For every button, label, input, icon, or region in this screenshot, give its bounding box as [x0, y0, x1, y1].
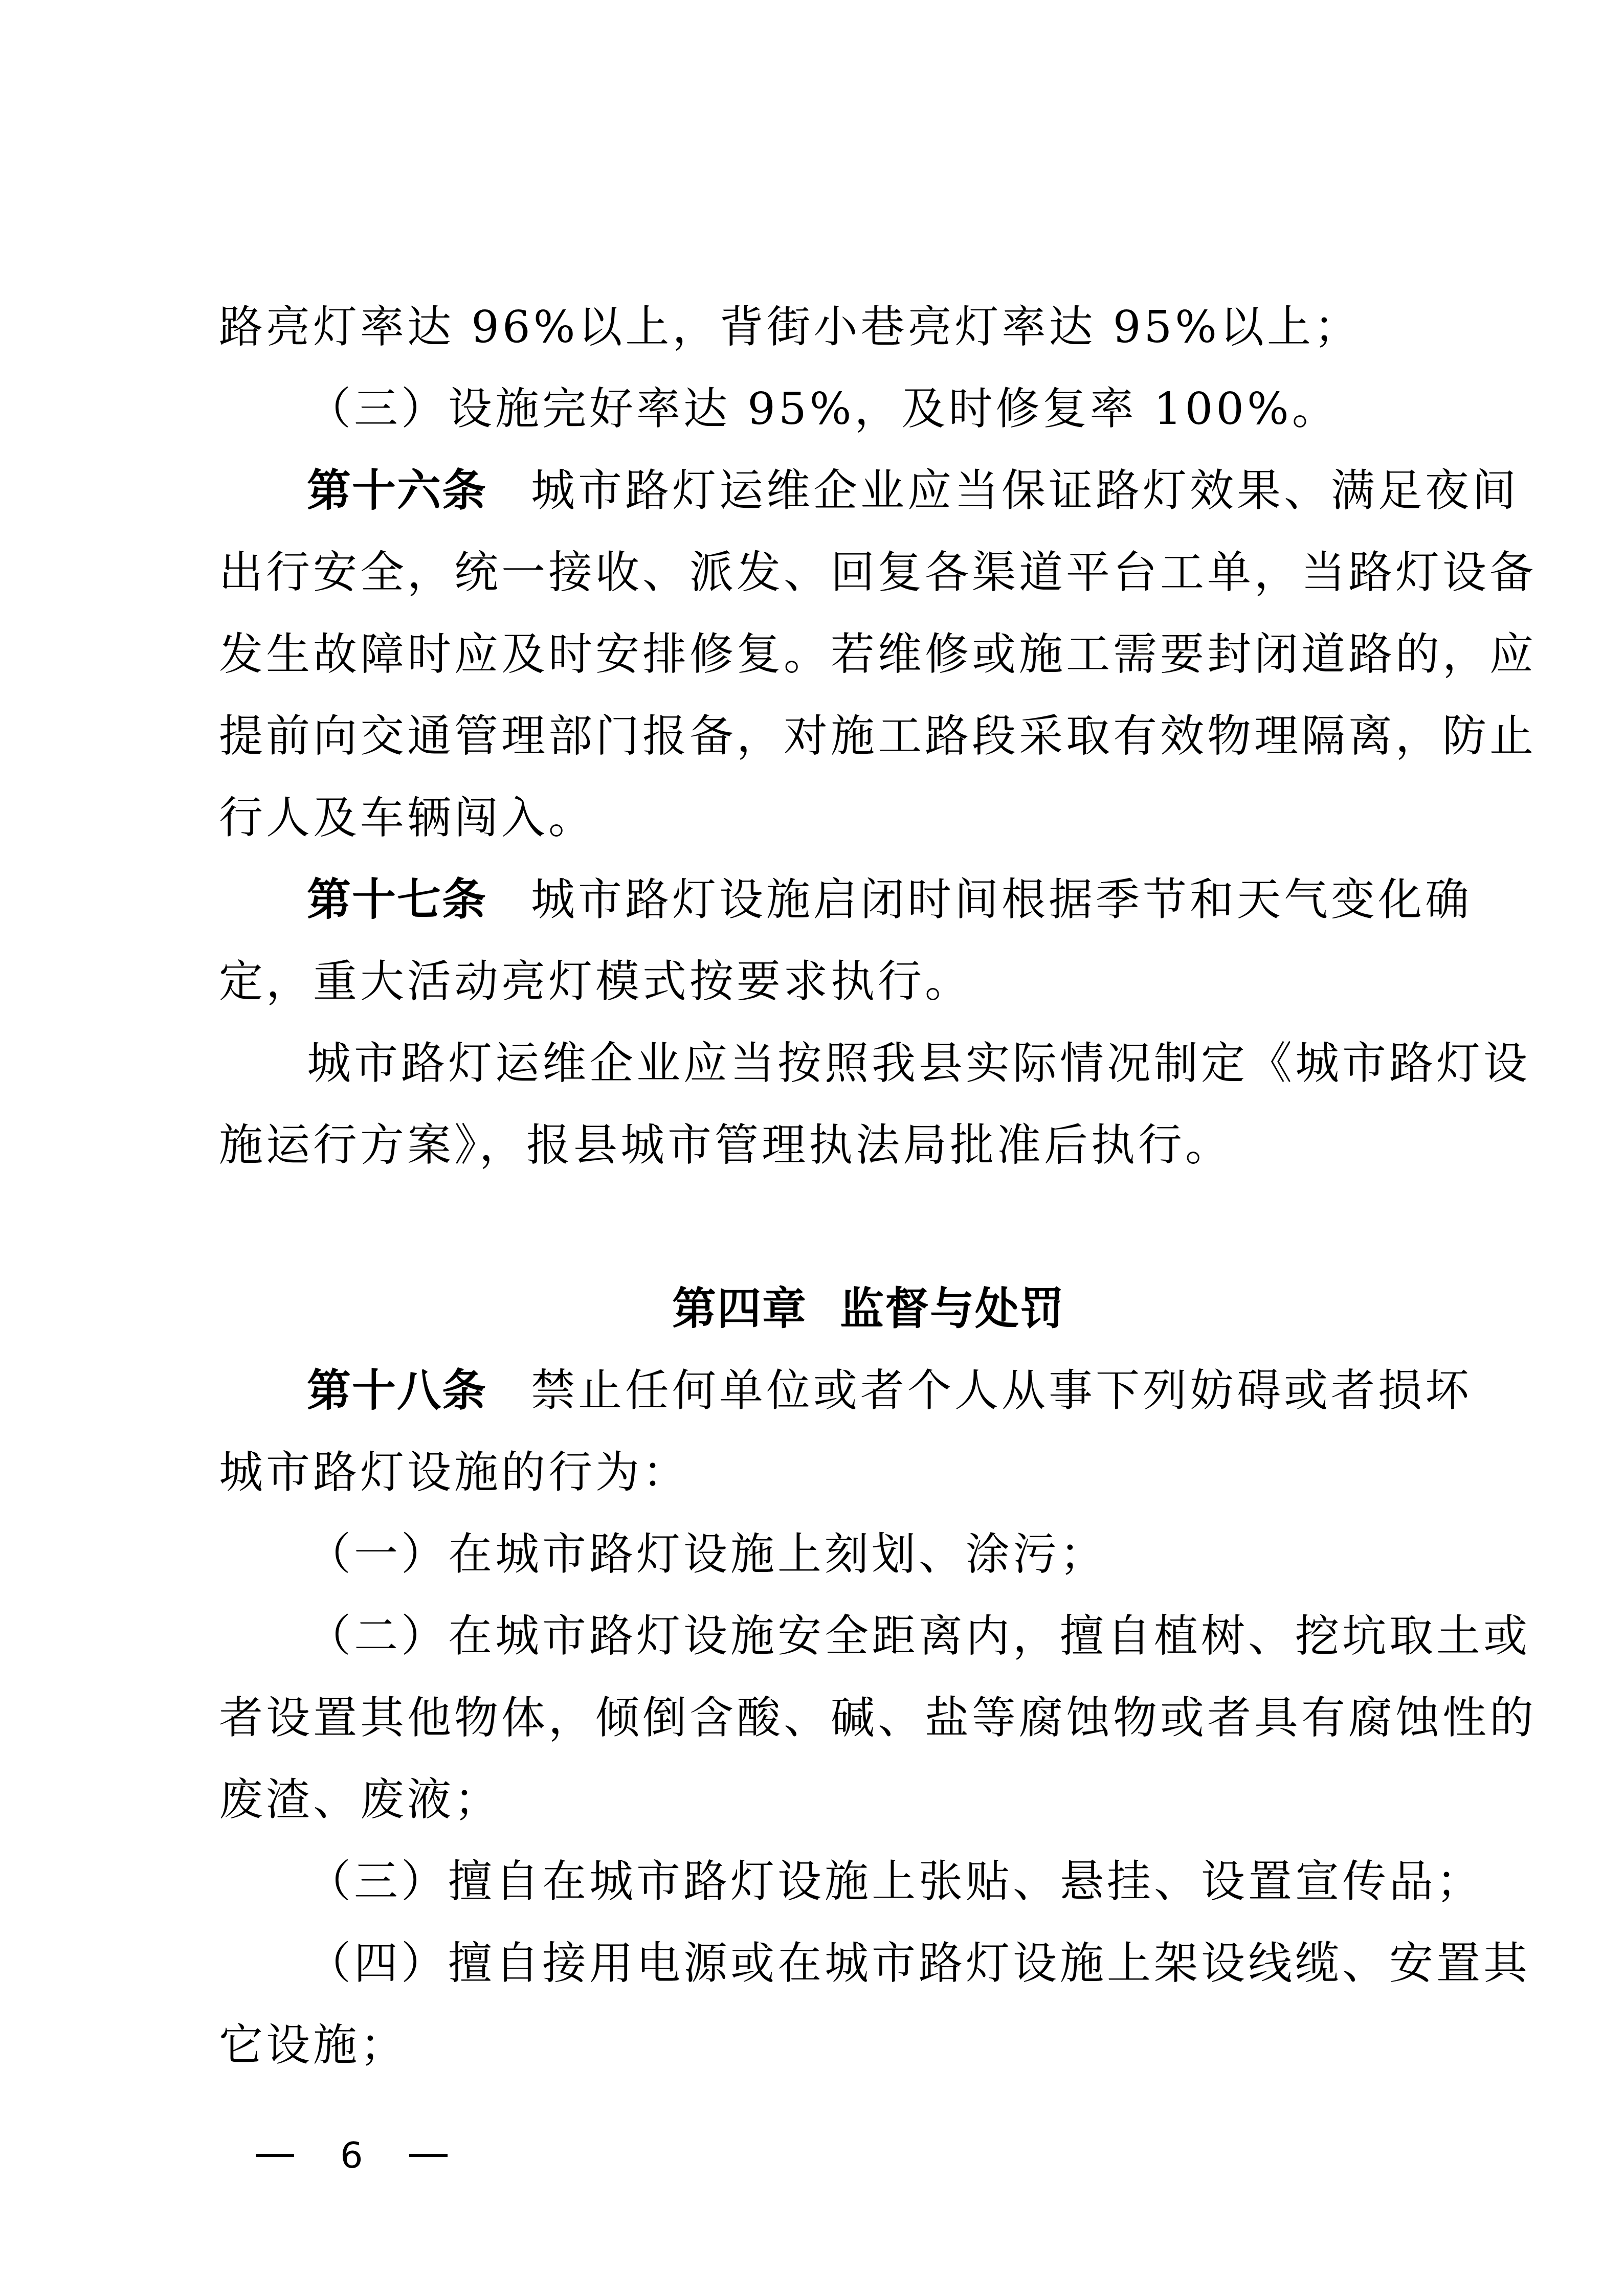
list-item: （四）擅自接用电源或在城市路灯设施上架设线缆、安置其 [219, 1935, 1426, 1992]
text-line: 它设施； [219, 2017, 1426, 2074]
dash-right [409, 2154, 448, 2157]
list-item: （二）在城市路灯设施安全距离内，擅自植树、挖坑取土或 [219, 1608, 1426, 1664]
line-text: 城市路灯运维企业应当按照我县实际情况制定《城市路灯设 [307, 1038, 1530, 1089]
article-label: 第十七条 [307, 874, 487, 926]
line-text: 城市路灯设施的行为： [219, 1447, 689, 1498]
line-text: 城市路灯设施启闭时间根据季节和天气变化确 [531, 874, 1472, 926]
text-line: （三）设施完好率达 95%，及时修复率 100%。 [219, 381, 1426, 437]
list-item: （三）擅自在城市路灯设施上张贴、悬挂、设置宣传品； [219, 1854, 1426, 1910]
text-line: 出行安全，统一接收、派发、回复各渠道平台工单，当路灯设备 [219, 545, 1426, 601]
article-18-line: 第十八条禁止任何单位或者个人从事下列妨碍或者损坏 [219, 1363, 1426, 1419]
page-number-footer: 6 [256, 2130, 448, 2181]
line-text: 城市路灯运维企业应当保证路灯效果、满足夜间 [531, 465, 1519, 516]
article-label: 第十八条 [307, 1365, 487, 1416]
dash-left [256, 2154, 294, 2157]
chapter-heading: 第四章 监督与处罚 [219, 1281, 1518, 1337]
text-line: 路亮灯率达 96%以上，背街小巷亮灯率达 95%以上； [219, 299, 1426, 355]
line-text: 路亮灯率达 96%以上，背街小巷亮灯率达 95%以上； [219, 302, 1361, 353]
line-text: （三）设施完好率达 95%，及时修复率 100%。 [307, 384, 1339, 435]
line-text: （一）在城市路灯设施上刻划、涂污； [307, 1529, 1107, 1580]
line-text: 出行安全，统一接收、派发、回复各渠道平台工单，当路灯设备 [219, 547, 1537, 598]
text-line: 城市路灯设施的行为： [219, 1445, 1426, 1501]
line-text: （二）在城市路灯设施安全距离内，擅自植树、挖坑取土或 [307, 1611, 1530, 1662]
text-line: 施运行方案》，报县城市管理执法局批准后执行。 [219, 1117, 1426, 1174]
line-text: 施运行方案》，报县城市管理执法局批准后执行。 [219, 1120, 1232, 1171]
article-17-line: 第十七条城市路灯设施启闭时间根据季节和天气变化确 [219, 872, 1426, 928]
line-text: 者设置其他物体，倾倒含酸、碱、盐等腐蚀物或者具有腐蚀性的 [219, 1693, 1537, 1744]
line-text: 废渣、废液； [219, 1774, 501, 1826]
line-text: 它设施； [219, 2020, 407, 2071]
text-line: 行人及车辆闯入。 [219, 790, 1426, 846]
text-line: 提前向交通管理部门报备，对施工路段采取有效物理隔离，防止 [219, 708, 1426, 764]
line-text: 发生故障时应及时安排修复。若维修或施工需要封闭道路的，应 [219, 629, 1537, 680]
line-text: （三）擅自在城市路灯设施上张贴、悬挂、设置宣传品； [307, 1856, 1483, 1907]
article-16-line: 第十六条城市路灯运维企业应当保证路灯效果、满足夜间 [219, 463, 1426, 519]
page-number: 6 [340, 2130, 363, 2181]
line-text: 禁止任何单位或者个人从事下列妨碍或者损坏 [531, 1365, 1472, 1416]
line-text: 定，重大活动亮灯模式按要求执行。 [219, 956, 972, 1007]
document-page: 路亮灯率达 96%以上，背街小巷亮灯率达 95%以上； （三）设施完好率达 95… [0, 0, 1624, 2296]
text-line: 定，重大活动亮灯模式按要求执行。 [219, 954, 1426, 1010]
line-text: 行人及车辆闯入。 [219, 793, 595, 844]
text-line: 发生故障时应及时安排修复。若维修或施工需要封闭道路的，应 [219, 626, 1426, 683]
line-text: （四）擅自接用电源或在城市路灯设施上架设线缆、安置其 [307, 1938, 1530, 1989]
text-line: 城市路灯运维企业应当按照我县实际情况制定《城市路灯设 [219, 1036, 1426, 1092]
text-line: 者设置其他物体，倾倒含酸、碱、盐等腐蚀物或者具有腐蚀性的 [219, 1690, 1426, 1746]
text-line: 废渣、废液； [219, 1772, 1426, 1828]
line-text: 提前向交通管理部门报备，对施工路段采取有效物理隔离，防止 [219, 711, 1537, 762]
list-item: （一）在城市路灯设施上刻划、涂污； [219, 1526, 1426, 1583]
article-label: 第十六条 [307, 465, 487, 516]
